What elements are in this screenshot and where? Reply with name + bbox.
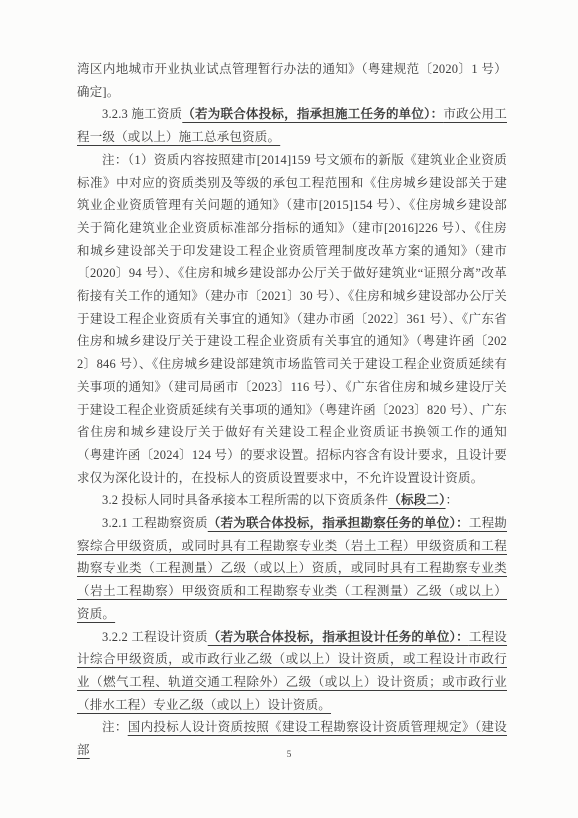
document-body: 湾区内地城市开业执业试点管理暂行办法的通知》（粤建规范〔2020〕1 号）确定]… xyxy=(77,58,507,762)
text-run: 注： xyxy=(102,720,128,734)
text-run: 3.2.2 工程设计资质 xyxy=(102,630,208,644)
paragraph: 注：（1）资质内容按照建市[2014]159 号文颁布的新版《建筑业企业资质标准… xyxy=(77,149,507,490)
paragraph: 湾区内地城市开业执业试点管理暂行办法的通知》（粤建规范〔2020〕1 号）确定]… xyxy=(77,58,507,103)
text-run: 3.2.1 工程勘察资质 xyxy=(102,516,208,530)
page-number: 5 xyxy=(0,750,578,760)
text-run: 注：（1）资质内容按照建市[2014]159 号文颁布的新版《建筑业企业资质标准… xyxy=(77,153,507,485)
document-page: 湾区内地城市开业执业试点管理暂行办法的通知》（粤建规范〔2020〕1 号）确定]… xyxy=(0,0,578,818)
text-run: 3.2.3 施工资质 xyxy=(102,107,182,121)
paragraph: 3.2.2 工程设计资质（若为联合体投标，指承担设计任务的单位）：工程设计综合甲… xyxy=(77,626,507,717)
text-run: （若为联合体投标，指承担勘察任务的单位）： xyxy=(208,516,469,530)
text-run: （若为联合体投标，指承担施工任务的单位）： xyxy=(182,107,443,121)
text-run: （标段二） xyxy=(388,493,445,507)
paragraph: 3.2.3 施工资质（若为联合体投标，指承担施工任务的单位）：市政公用工程一级（… xyxy=(77,103,507,148)
paragraph: 3.2 投标人同时具备承接本工程所需的以下资质条件（标段二）： xyxy=(77,489,507,512)
text-run: （若为联合体投标，指承担设计任务的单位）： xyxy=(208,630,469,644)
text-run: ： xyxy=(446,493,459,507)
text-run: 湾区内地城市开业执业试点管理暂行办法的通知》（粤建规范〔2020〕1 号）确定]… xyxy=(77,62,507,99)
text-run: 3.2 投标人同时具备承接本工程所需的以下资质条件 xyxy=(102,493,388,507)
text-run: 工程勘察综合甲级资质，或同时具有工程勘察专业类（岩土工程）甲级资质和工程勘察专业… xyxy=(77,516,507,621)
paragraph: 3.2.1 工程勘察资质（若为联合体投标，指承担勘察任务的单位）：工程勘察综合甲… xyxy=(77,512,507,626)
